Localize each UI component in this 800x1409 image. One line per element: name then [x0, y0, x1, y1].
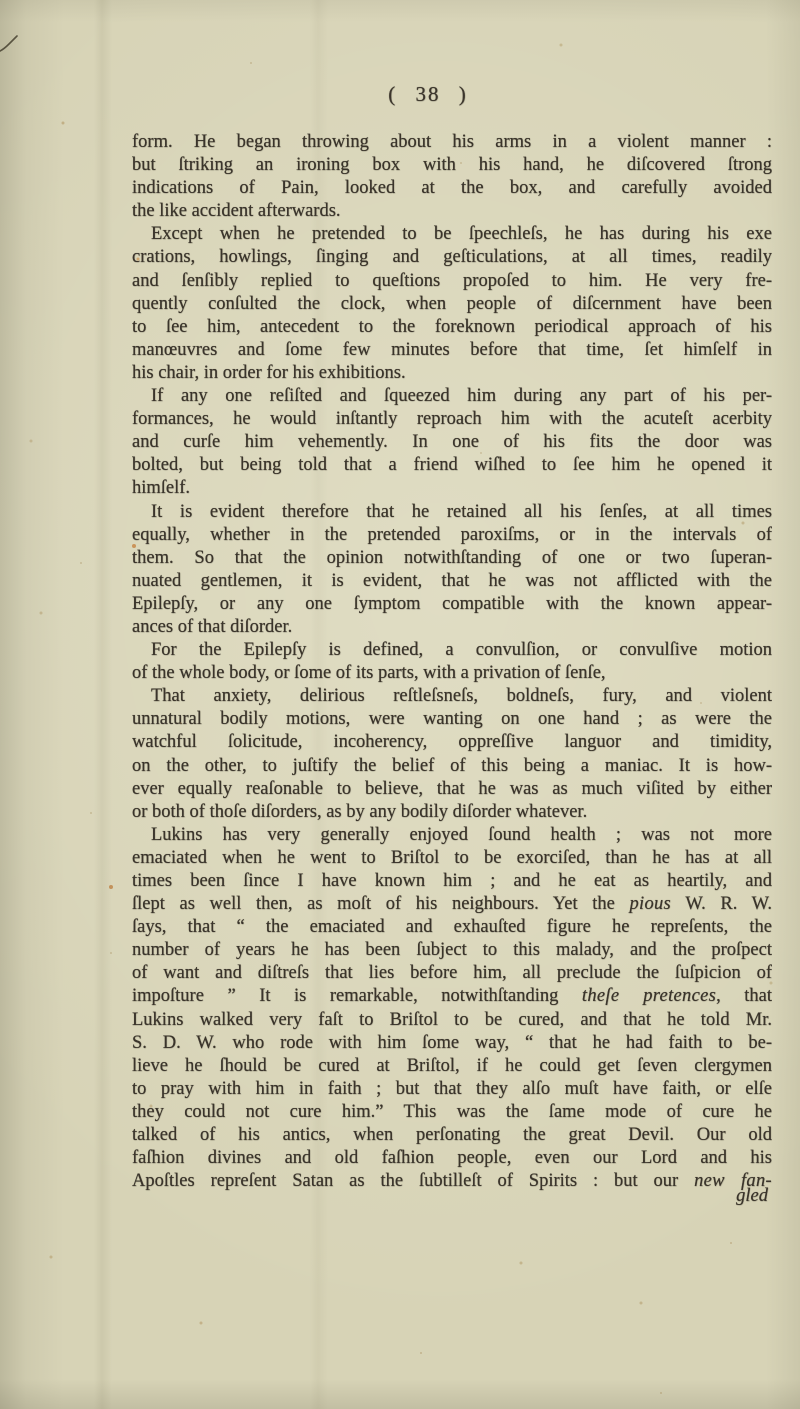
catchword: gled	[132, 1186, 768, 1207]
text-line: crations, howlings, ſinging and geſticul…	[132, 246, 772, 269]
text-line: them. So that the opinion notwithſtandin…	[132, 547, 772, 570]
text-line: or both of thoſe diſorders, as by any bo…	[132, 801, 772, 824]
text-line: himſelf.	[132, 477, 772, 500]
paper-speckles	[0, 0, 2, 2]
text-line: number of years he has been ſubject to t…	[132, 939, 772, 962]
text-line: of want and diſtreſs that lies before hi…	[132, 962, 772, 985]
text-line: equally, whether in the pretended paroxi…	[132, 524, 772, 547]
text-line: indications of Pain, looked at the box, …	[132, 177, 772, 200]
text-line: If any one reſiſted and ſqueezed him dur…	[132, 385, 772, 408]
page-text: form. He began throwing about his arms i…	[132, 131, 772, 1193]
text-line: ſlept as well then, as moſt of his neigh…	[132, 893, 772, 916]
text-line: Epilepſy, or any one ſymptom compatible …	[132, 593, 772, 616]
ink-mark	[0, 30, 22, 63]
text-line: watchful ſolicitude, incoherency, oppreſ…	[132, 731, 772, 754]
text-line: It is evident therefore that he retained…	[132, 501, 772, 524]
text-line: and curſe him vehemently. In one of his …	[132, 431, 772, 454]
text-line: ever equally reaſonable to believe, that…	[132, 778, 772, 801]
text-line: emaciated when he went to Briſtol to be …	[132, 847, 772, 870]
text-line: nuated gentlemen, it is evident, that he…	[132, 570, 772, 593]
text-line: but ſtriking an ironing box with his han…	[132, 154, 772, 177]
text-line: the like accident afterwards.	[132, 200, 772, 223]
text-line: times been ſince I have known him ; and …	[132, 870, 772, 893]
text-line: For the Epilepſy is defined, a convulſio…	[132, 639, 772, 662]
text-line: on the other, to juſtify the belief of t…	[132, 755, 772, 778]
text-line: Except when he pretended to be ſpeechleſ…	[132, 223, 772, 246]
text-line: to pray with him in faith ; but that the…	[132, 1078, 772, 1101]
text-line: Lukins walked very faſt to Briſtol to be…	[132, 1009, 772, 1032]
text-line: talked of his antics, when perſonating t…	[132, 1124, 772, 1147]
text-line: That anxiety, delirious reſtleſsneſs, bo…	[132, 685, 772, 708]
text-line: impoſture ” It is remarkable, notwithſta…	[132, 985, 772, 1008]
text-line: formances, he would inſtantly reproach h…	[132, 408, 772, 431]
text-line: manœuvres and ſome few minutes before th…	[132, 339, 772, 362]
text-line: Lukins has very generally enjoyed ſound …	[132, 824, 772, 847]
text-line: lieve he ſhould be cured at Briſtol, if …	[132, 1055, 772, 1078]
text-line: bolted, but being told that a friend wiſ…	[132, 454, 772, 477]
text-line: form. He began throwing about his arms i…	[132, 131, 772, 154]
text-line: ſays, that “ the emaciated and exhauſted…	[132, 916, 772, 939]
text-line: faſhion divines and old faſhion people, …	[132, 1147, 772, 1170]
text-line: ances of that diſorder.	[132, 616, 772, 639]
page-number: ( 38 )	[348, 82, 508, 107]
text-line: to ſee him, antecedent to the foreknown …	[132, 316, 772, 339]
text-line: S. D. W. who rode with him ſome way, “ t…	[132, 1032, 772, 1055]
text-line: and ſenſibly replied to queſtions propoſ…	[132, 270, 772, 293]
book-page: ( 38 ) form. He began throwing about his…	[0, 0, 800, 1409]
text-line: his chair, in order for his exhibitions.	[132, 362, 772, 385]
text-line: of the whole body, or ſome of its parts,…	[132, 662, 772, 685]
text-line: quently conſulted the clock, when people…	[132, 293, 772, 316]
text-line: unnatural bodily motions, were wanting o…	[132, 708, 772, 731]
text-line: they could not cure him.” This was the ſ…	[132, 1101, 772, 1124]
